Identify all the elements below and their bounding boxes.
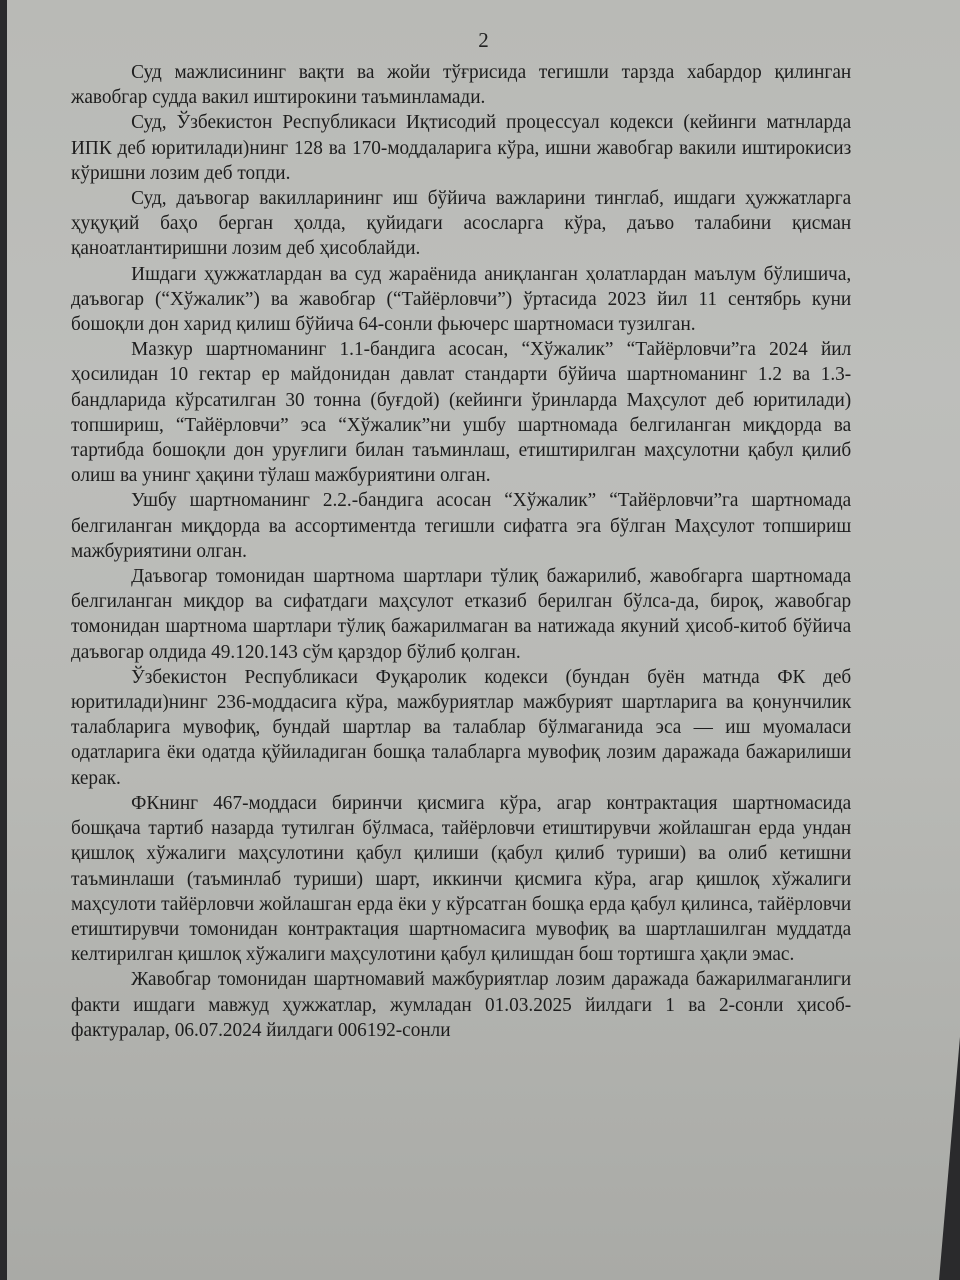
document-body: Суд мажлисининг вақти ва жойи тўғрисида … — [71, 60, 851, 1043]
paragraph-evidence: Жавобгар томонидан шартномавий мажбурият… — [71, 967, 851, 1043]
paragraph-absence-ruling: Суд, Ўзбекистон Республикаси Иқтисодий п… — [71, 110, 851, 186]
paragraph-clause-1-1: Мазкур шартноманинг 1.1-бандига асосан, … — [71, 337, 851, 488]
paragraph-clause-2-2: Ушбу шартноманинг 2.2.-бандига асосан “Х… — [71, 488, 851, 564]
document-page: 2 Суд мажлисининг вақти ва жойи тўғрисид… — [7, 0, 960, 1280]
page-number: 2 — [7, 28, 960, 53]
paragraph-hearing-notice: Суд мажлисининг вақти ва жойи тўғрисида … — [71, 60, 851, 110]
paragraph-debt: Даъвогар томонидан шартнома шартлари тўл… — [71, 564, 851, 665]
paragraph-contract-facts: Ишдаги ҳужжатлардан ва суд жараёнида ани… — [71, 262, 851, 338]
paragraph-civil-code-467: ФКнинг 467-моддаси биринчи қисмига кўра,… — [71, 791, 851, 967]
paragraph-civil-code-236: Ўзбекистон Республикаси Фуқаролик кодекс… — [71, 665, 851, 791]
paragraph-partial-satisfaction: Суд, даъвогар вакилларининг иш бўйича ва… — [71, 186, 851, 262]
